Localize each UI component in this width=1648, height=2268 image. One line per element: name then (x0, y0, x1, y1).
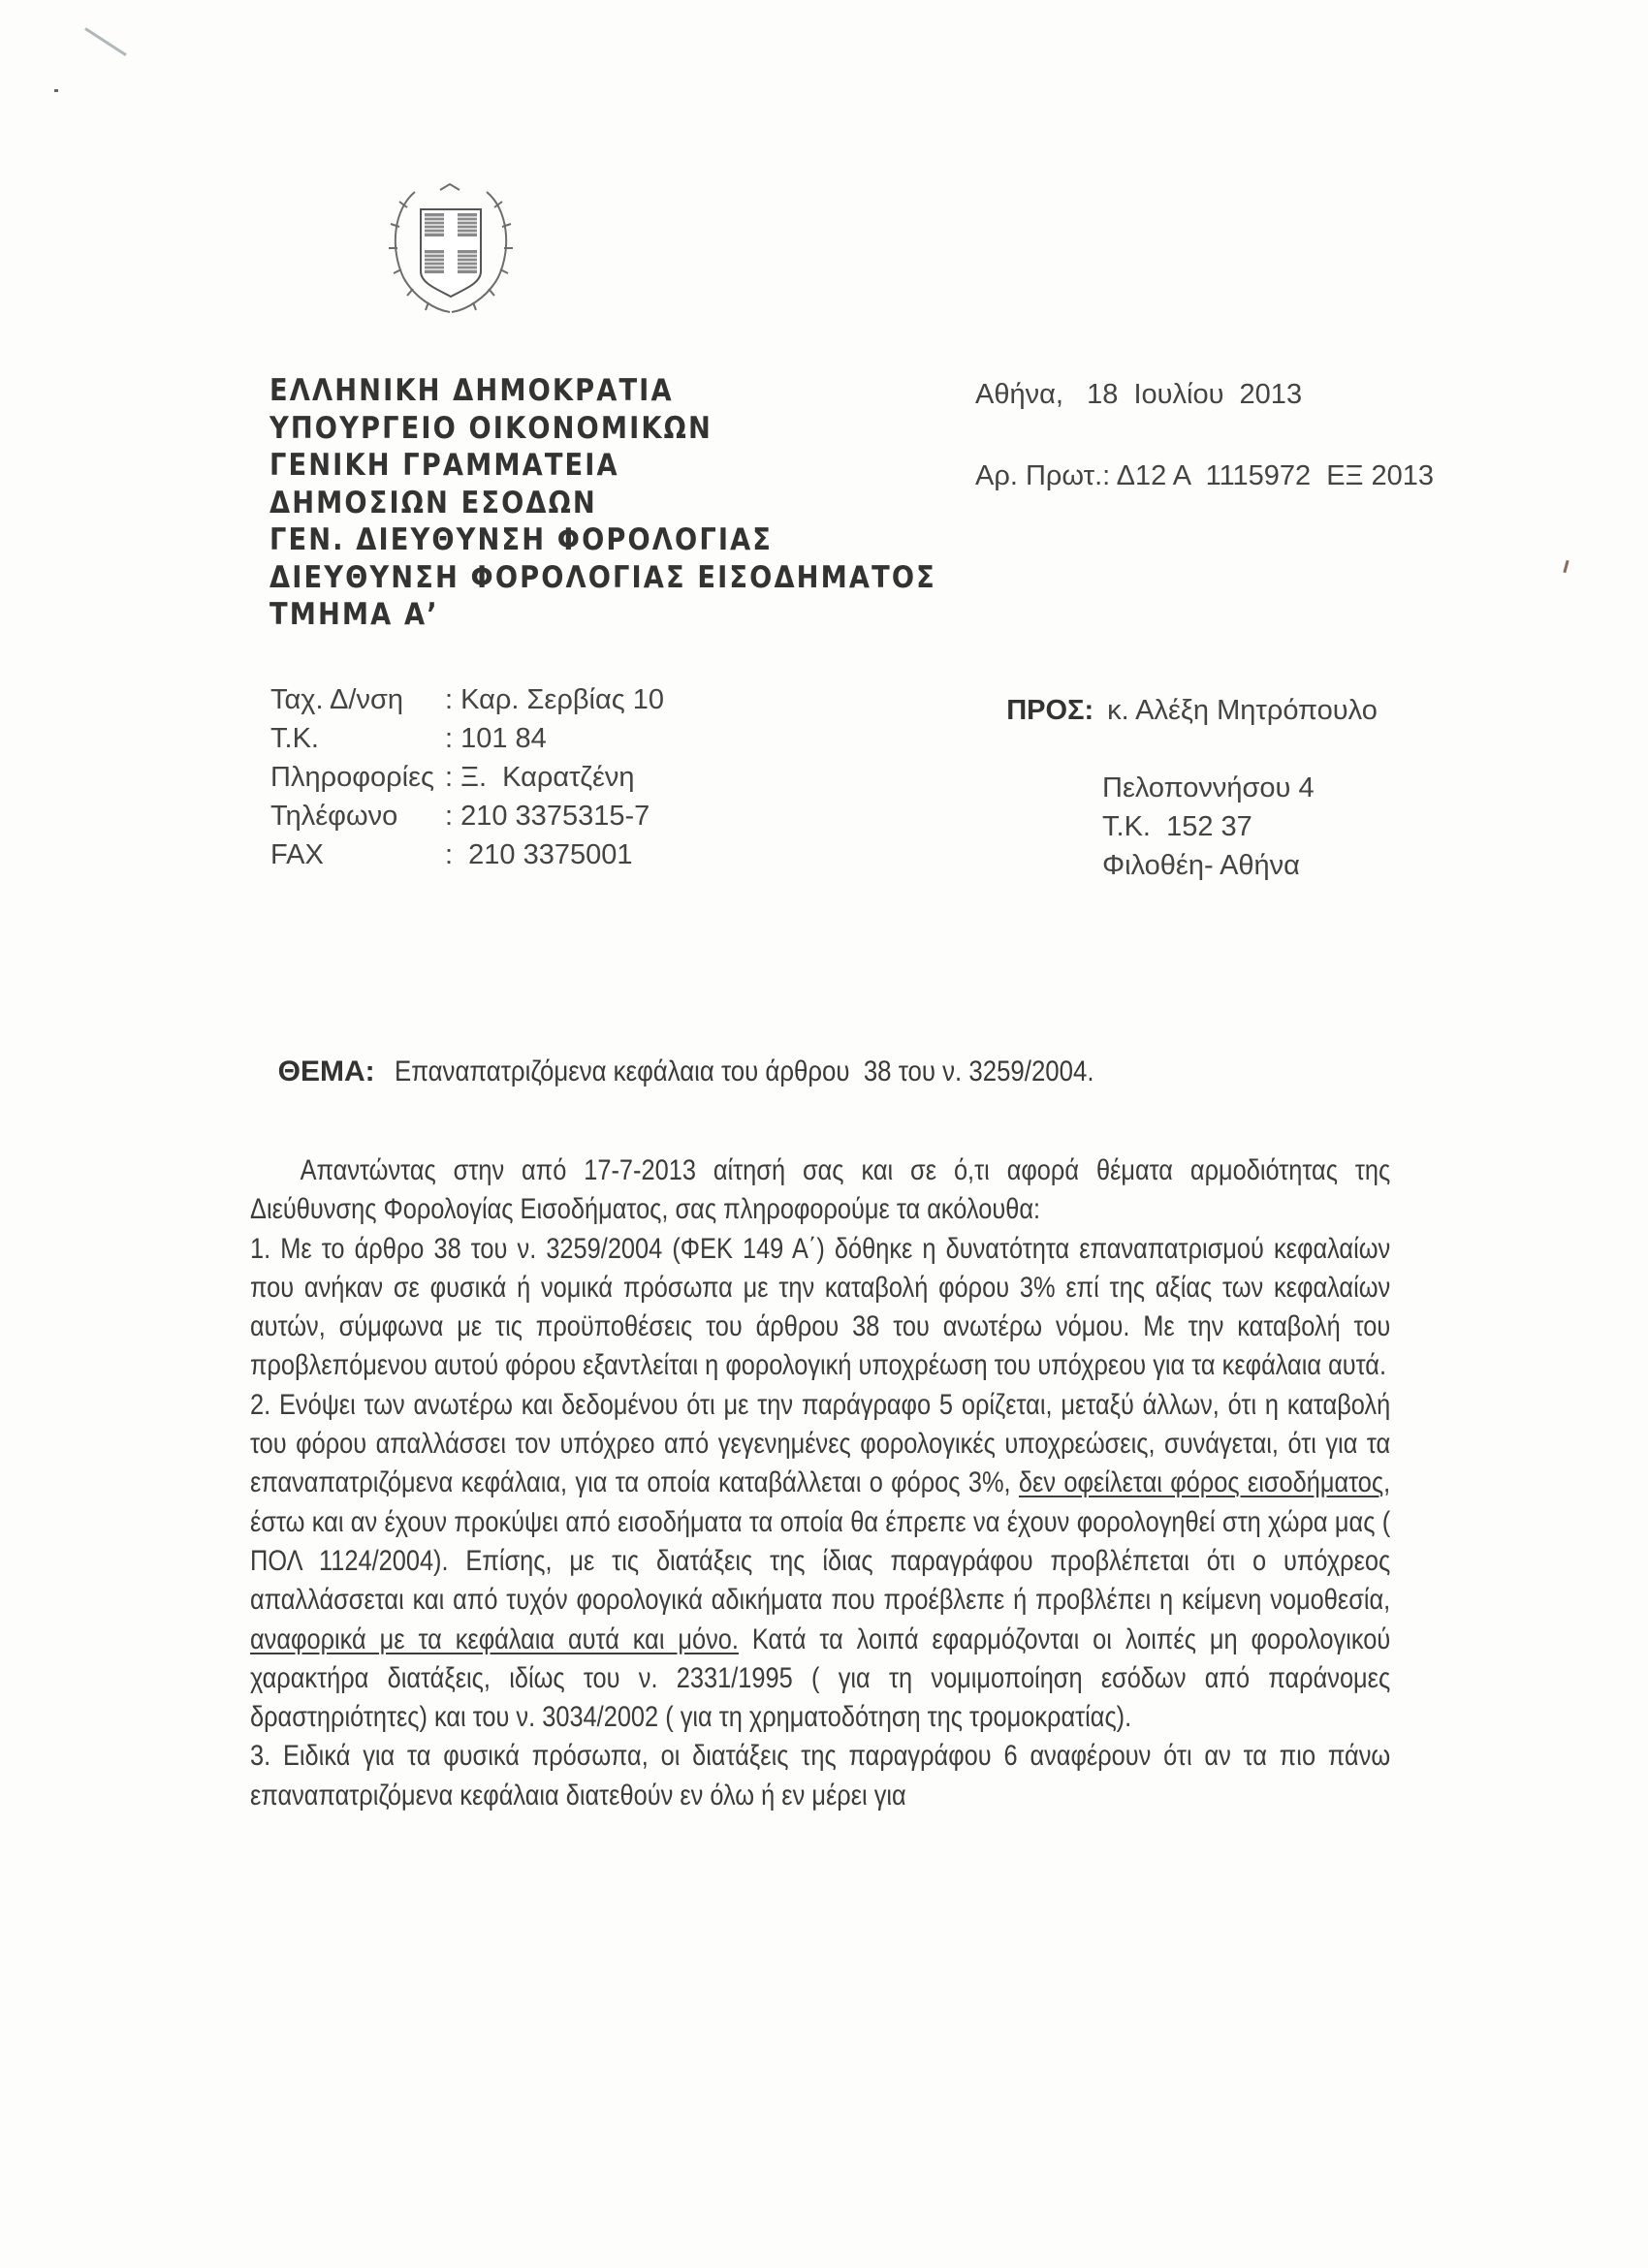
contact-value: : 101 84 (445, 719, 547, 758)
greek-coat-of-arms-icon (386, 180, 516, 318)
recipient-postcode: Τ.Κ. 152 37 (975, 807, 1378, 846)
date-reference-block: Αθήνα, 18 Ιουλίου 2013 Αρ. Πρωτ.: Δ12 Α … (975, 379, 1434, 491)
underlined-text: δεν οφείλεται φόρος εισοδήματος (1019, 1466, 1383, 1498)
issuing-authority: ΕΛΛΗΝΙΚΗ ΔΗΜΟΚΡΑΤΙΑ ΥΠΟΥΡΓΕΙΟ ΟΙΚΟΝΟΜΙΚΩ… (269, 372, 936, 634)
contact-row-postcode: Τ.Κ. : 101 84 (270, 719, 664, 758)
letter-body: Απαντώντας στην από 17-7-2013 αίτησή σας… (250, 1151, 1390, 1815)
scan-artifact-line (84, 27, 127, 56)
sender-contact-block: Ταχ. Δ/νση : Καρ. Σερβίας 10 Τ.Κ. : 101 … (270, 680, 664, 874)
authority-line: ΥΠΟΥΡΓΕΙΟ ΟΙΚΟΝΟΜΙΚΩΝ (269, 410, 936, 448)
recipient-street: Πελοποννήσου 4 (975, 769, 1378, 807)
contact-label: Τηλέφωνο (270, 797, 445, 835)
subject-label: ΘΕΜΑ: (278, 1055, 375, 1087)
authority-line: ΕΛΛΗΝΙΚΗ ΔΗΜΟΚΡΑΤΙΑ (269, 372, 936, 410)
protocol-number: Αρ. Πρωτ.: Δ12 Α 1115972 ΕΞ 2013 (975, 460, 1434, 491)
subject-line: ΘΕΜΑ:Επαναπατριζόμενα κεφάλαια του άρθρο… (262, 1023, 1208, 1088)
contact-value: : Ξ. Καρατζένη (445, 758, 635, 797)
authority-line: ΔΙΕΥΘΥΝΣΗ ΦΟΡΟΛΟΓΙΑΣ ΕΙΣΟΔΗΜΑΤΟΣ (269, 559, 936, 597)
intro-paragraph: Απαντώντας στην από 17-7-2013 αίτησή σας… (250, 1151, 1390, 1230)
authority-line: ΔΗΜΟΣΙΩΝ ΕΣΟΔΩΝ (269, 485, 936, 522)
contact-row-phone: Τηλέφωνο : 210 3375315-7 (270, 797, 664, 835)
recipient-name: κ. Αλέξη Μητρόπουλο (1107, 695, 1378, 726)
contact-label: Τ.Κ. (270, 719, 445, 758)
recipient-block: ΠΡΟΣ:κ. Αλέξη Μητρόπουλο Πελοποννήσου 4 … (975, 652, 1378, 885)
scan-artifact-dot (54, 89, 58, 92)
paragraph-2: 2. Ενόψει των ανωτέρω και δεδομένου ότι … (250, 1386, 1390, 1738)
paragraph-1: 1. Με το άρθρο 38 του ν. 3259/2004 (ΦΕΚ … (250, 1230, 1390, 1386)
contact-value: : 210 3375001 (445, 835, 633, 874)
contact-row-fax: FAX : 210 3375001 (270, 835, 664, 874)
letter-date: Αθήνα, 18 Ιουλίου 2013 (975, 379, 1434, 410)
contact-value: : 210 3375315-7 (445, 797, 650, 835)
contact-row-address: Ταχ. Δ/νση : Καρ. Σερβίας 10 (270, 680, 664, 719)
contact-label: Ταχ. Δ/νση (270, 680, 445, 719)
scan-artifact-tick (1563, 560, 1569, 573)
authority-line: ΓΕΝ. ΔΙΕΥΘΥΝΣΗ ΦΟΡΟΛΟΓΙΑΣ (269, 521, 936, 559)
underlined-text: αναφορικά με τα κεφάλαια αυτά και μόνο. (250, 1623, 739, 1655)
contact-label: Πληροφορίες (270, 758, 445, 797)
authority-line: ΓΕΝΙΚΗ ΓΡΑΜΜΑΤΕΙΑ (269, 447, 936, 485)
contact-row-information: Πληροφορίες : Ξ. Καρατζένη (270, 758, 664, 797)
authority-line: ΤΜΗΜΑ Α’ (269, 596, 936, 634)
paragraph-3: 3. Ειδικά για τα φυσικά πρόσωπα, οι διατ… (250, 1737, 1390, 1815)
recipient-label: ΠΡΟΣ: (1006, 695, 1093, 726)
contact-value: : Καρ. Σερβίας 10 (445, 680, 664, 719)
subject-text: Επαναπατριζόμενα κεφάλαια του άρθρου 38 … (395, 1055, 1094, 1088)
recipient-city: Φιλοθέη- Αθήνα (975, 846, 1378, 885)
contact-label: FAX (270, 835, 445, 874)
